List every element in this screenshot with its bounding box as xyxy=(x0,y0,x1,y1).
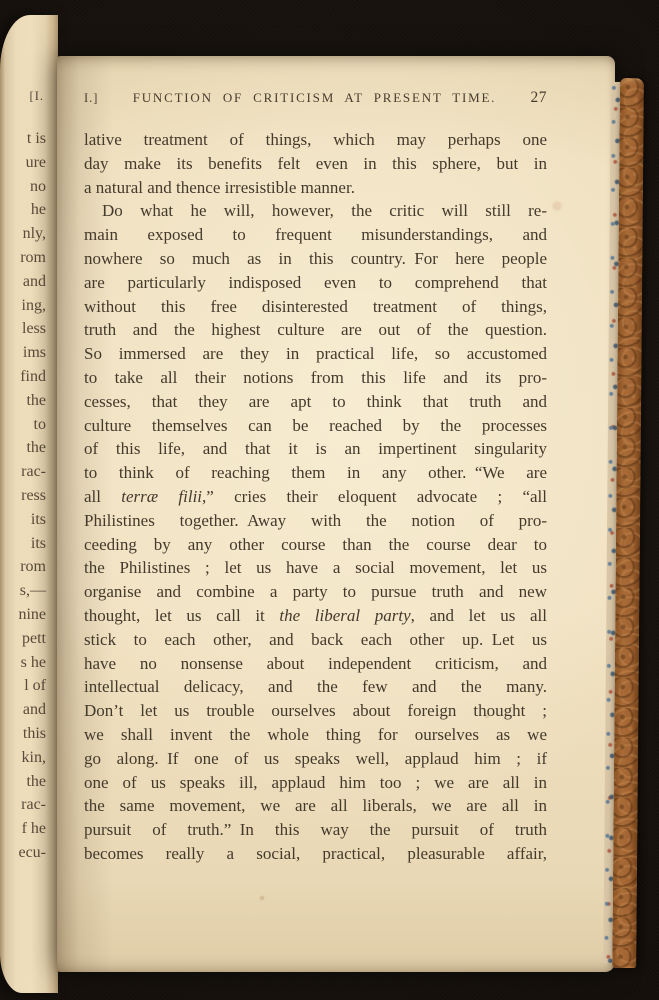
text-line: So immersed are they in practical life, … xyxy=(84,342,547,366)
margin-fragment: this xyxy=(2,722,46,746)
text-line: all terræ filii,” cries their eloquent a… xyxy=(84,485,547,509)
margin-fragment: find xyxy=(2,365,46,389)
text-line: truth and the highest culture are out of… xyxy=(84,318,547,342)
margin-fragment: the xyxy=(2,389,46,413)
text-line: one of us speaks ill, applaud him too ; … xyxy=(84,771,547,795)
margin-fragment: f he xyxy=(2,817,46,841)
facing-page-edge: [I. t isurenohenly,romanding,lessimsfind… xyxy=(0,15,58,993)
margin-fragment: nly, xyxy=(2,222,46,246)
text-line: have no nonsense about independent criti… xyxy=(84,652,547,676)
text-line: day make its benefits felt even in this … xyxy=(84,152,547,176)
text-line: go along. If one of us speaks well, appl… xyxy=(84,747,547,771)
text-line: Don’t let us trouble ourselves about for… xyxy=(84,699,547,723)
margin-fragment: t is xyxy=(2,127,46,151)
cover-fore-edge xyxy=(603,78,644,968)
margin-fragment: ure xyxy=(2,151,46,175)
text-line: thought, let us call it the liberal part… xyxy=(84,604,547,628)
section-marker: I.] xyxy=(84,91,98,106)
margin-fragment: kin, xyxy=(2,746,46,770)
text-line: lative treatment of things, which may pe… xyxy=(84,128,547,152)
text-line: main exposed to frequent misunderstandin… xyxy=(84,223,547,247)
margin-fragment: nine xyxy=(2,603,46,627)
margin-fragment: and xyxy=(2,698,46,722)
text-line: becomes really a social, practical, plea… xyxy=(84,842,547,866)
margin-fragment: l of xyxy=(2,674,46,698)
margin-fragment: rom xyxy=(2,246,46,270)
margin-fragment: ing, xyxy=(2,294,46,318)
margin-fragment: less xyxy=(2,317,46,341)
text-line: stick to each other, and back each other… xyxy=(84,628,547,652)
margin-fragment: ress xyxy=(2,484,46,508)
margin-fragment: its xyxy=(2,532,46,556)
text-line: to think of reaching them in any other. … xyxy=(84,461,547,485)
text-line: are particularly indisposed even to comp… xyxy=(84,271,547,295)
margin-fragment: s,— xyxy=(2,579,46,603)
margin-fragment: and xyxy=(2,270,46,294)
text-line: cesses, that they are apt to think that … xyxy=(84,390,547,414)
margin-fragment: its xyxy=(2,508,46,532)
text-line: of this life, and that it is an impertin… xyxy=(84,437,547,461)
facing-page-header-fragment: [I. xyxy=(30,89,44,104)
text-line: Do what he will, however, the critic wil… xyxy=(84,199,547,223)
text-line: culture themselves can be reached by the… xyxy=(84,414,547,438)
margin-fragment: s he xyxy=(2,651,46,675)
margin-fragment: pett xyxy=(2,627,46,651)
margin-fragment: ecu- xyxy=(2,841,46,865)
margin-fragment: rac- xyxy=(2,460,46,484)
margin-fragment: the xyxy=(2,436,46,460)
facing-page-text-fragments: t isurenohenly,romanding,lessimsfindthet… xyxy=(2,127,46,865)
text-line: the Philistines ; let us have a social m… xyxy=(84,556,547,580)
page-body-text: lative treatment of things, which may pe… xyxy=(84,128,547,866)
margin-fragment: he xyxy=(2,198,46,222)
margin-fragment: to xyxy=(2,413,46,437)
margin-fragment: no xyxy=(2,175,46,199)
text-line: organise and combine a party to pursue t… xyxy=(84,580,547,604)
running-title: FUNCTION OF CRITICISM AT PRESENT TIME. xyxy=(98,90,530,106)
text-line: without this free disinterested treatmen… xyxy=(84,295,547,319)
margin-fragment: rac- xyxy=(2,793,46,817)
text-line: a natural and thence irresistible manner… xyxy=(84,176,547,200)
text-line: the same movement, we are all liberals, … xyxy=(84,794,547,818)
text-line: Philistines together. Away with the noti… xyxy=(84,509,547,533)
text-line: ceeding by any other course than the cou… xyxy=(84,533,547,557)
text-line: we shall invent the whole thing for ours… xyxy=(84,723,547,747)
text-line: pursuit of truth.” In this way the pursu… xyxy=(84,818,547,842)
book-page: I.] FUNCTION OF CRITICISM AT PRESENT TIM… xyxy=(57,56,615,972)
page-header: I.] FUNCTION OF CRITICISM AT PRESENT TIM… xyxy=(84,89,547,107)
margin-fragment: the xyxy=(2,770,46,794)
text-line: to take all their notions from this life… xyxy=(84,366,547,390)
page-number: 27 xyxy=(531,89,548,107)
text-line: nowhere so much as in this country. For … xyxy=(84,247,547,271)
text-line: intellectual delicacy, and the few and t… xyxy=(84,675,547,699)
margin-fragment: ims xyxy=(2,341,46,365)
margin-fragment: rom xyxy=(2,555,46,579)
